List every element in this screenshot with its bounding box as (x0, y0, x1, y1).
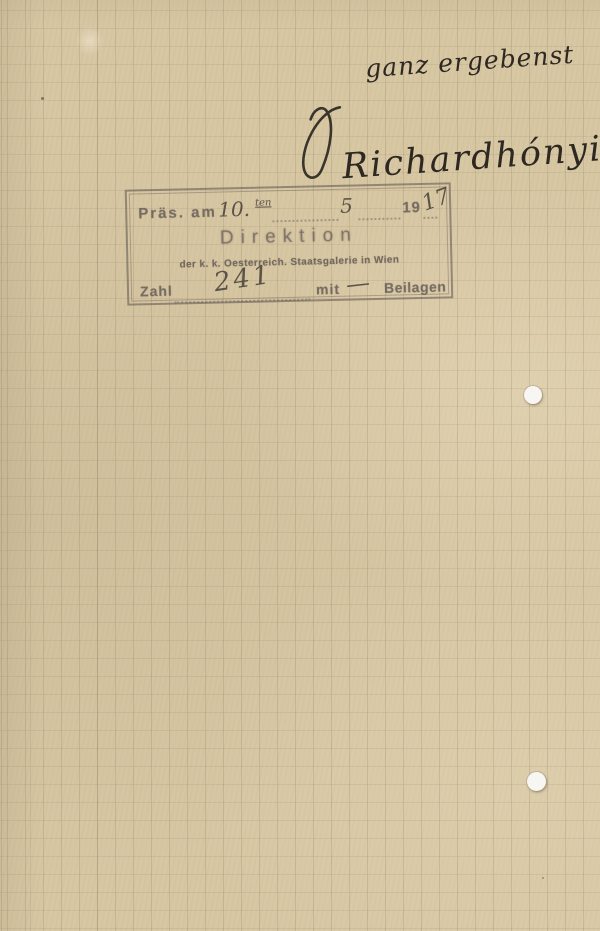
paper-crease (97, 0, 98, 931)
handwritten-month: 5 (340, 194, 353, 218)
paper-fleck (542, 877, 544, 879)
stamp-year-printed: 19 (402, 199, 421, 216)
handwritten-enclosures-dash: — (344, 268, 371, 298)
paper-crease (30, 0, 31, 931)
hole-punch-top (524, 386, 542, 404)
handwritten-day: 10. (218, 197, 250, 222)
dotted-line (423, 216, 437, 219)
dotted-line (174, 298, 310, 304)
stamp-mit-label: mit (316, 281, 340, 298)
document-scan: ganz ergebenst Richardhónyi Präs. am 19 … (0, 0, 600, 931)
stamp-received-label: Präs. am (138, 204, 217, 223)
handwritten-day-suffix: ten (255, 197, 272, 208)
handwritten-year: 17 (419, 184, 454, 217)
signature-name: Richardhónyi (341, 129, 600, 187)
paper-stain (76, 26, 104, 56)
hole-punch-bottom (527, 772, 546, 791)
handwritten-closing: ganz ergebenst (364, 40, 575, 84)
stamp-number-label: Zahl (140, 283, 173, 300)
stamp-inner-border: Präs. am 19 10. ten 5 17 Direktion der k… (129, 186, 449, 301)
stamp-title: Direktion (220, 224, 358, 249)
stamp-number-line: Zahl 241 mit — Beilagen (132, 266, 449, 305)
dotted-line (358, 216, 400, 220)
paper-fleck (41, 97, 44, 100)
date-received-stamp: Präs. am 19 10. ten 5 17 Direktion der k… (125, 182, 454, 305)
dotted-line (272, 218, 338, 222)
signature: Richardhónyi (288, 83, 600, 184)
stamp-enclosures-label: Beilagen (384, 278, 447, 295)
